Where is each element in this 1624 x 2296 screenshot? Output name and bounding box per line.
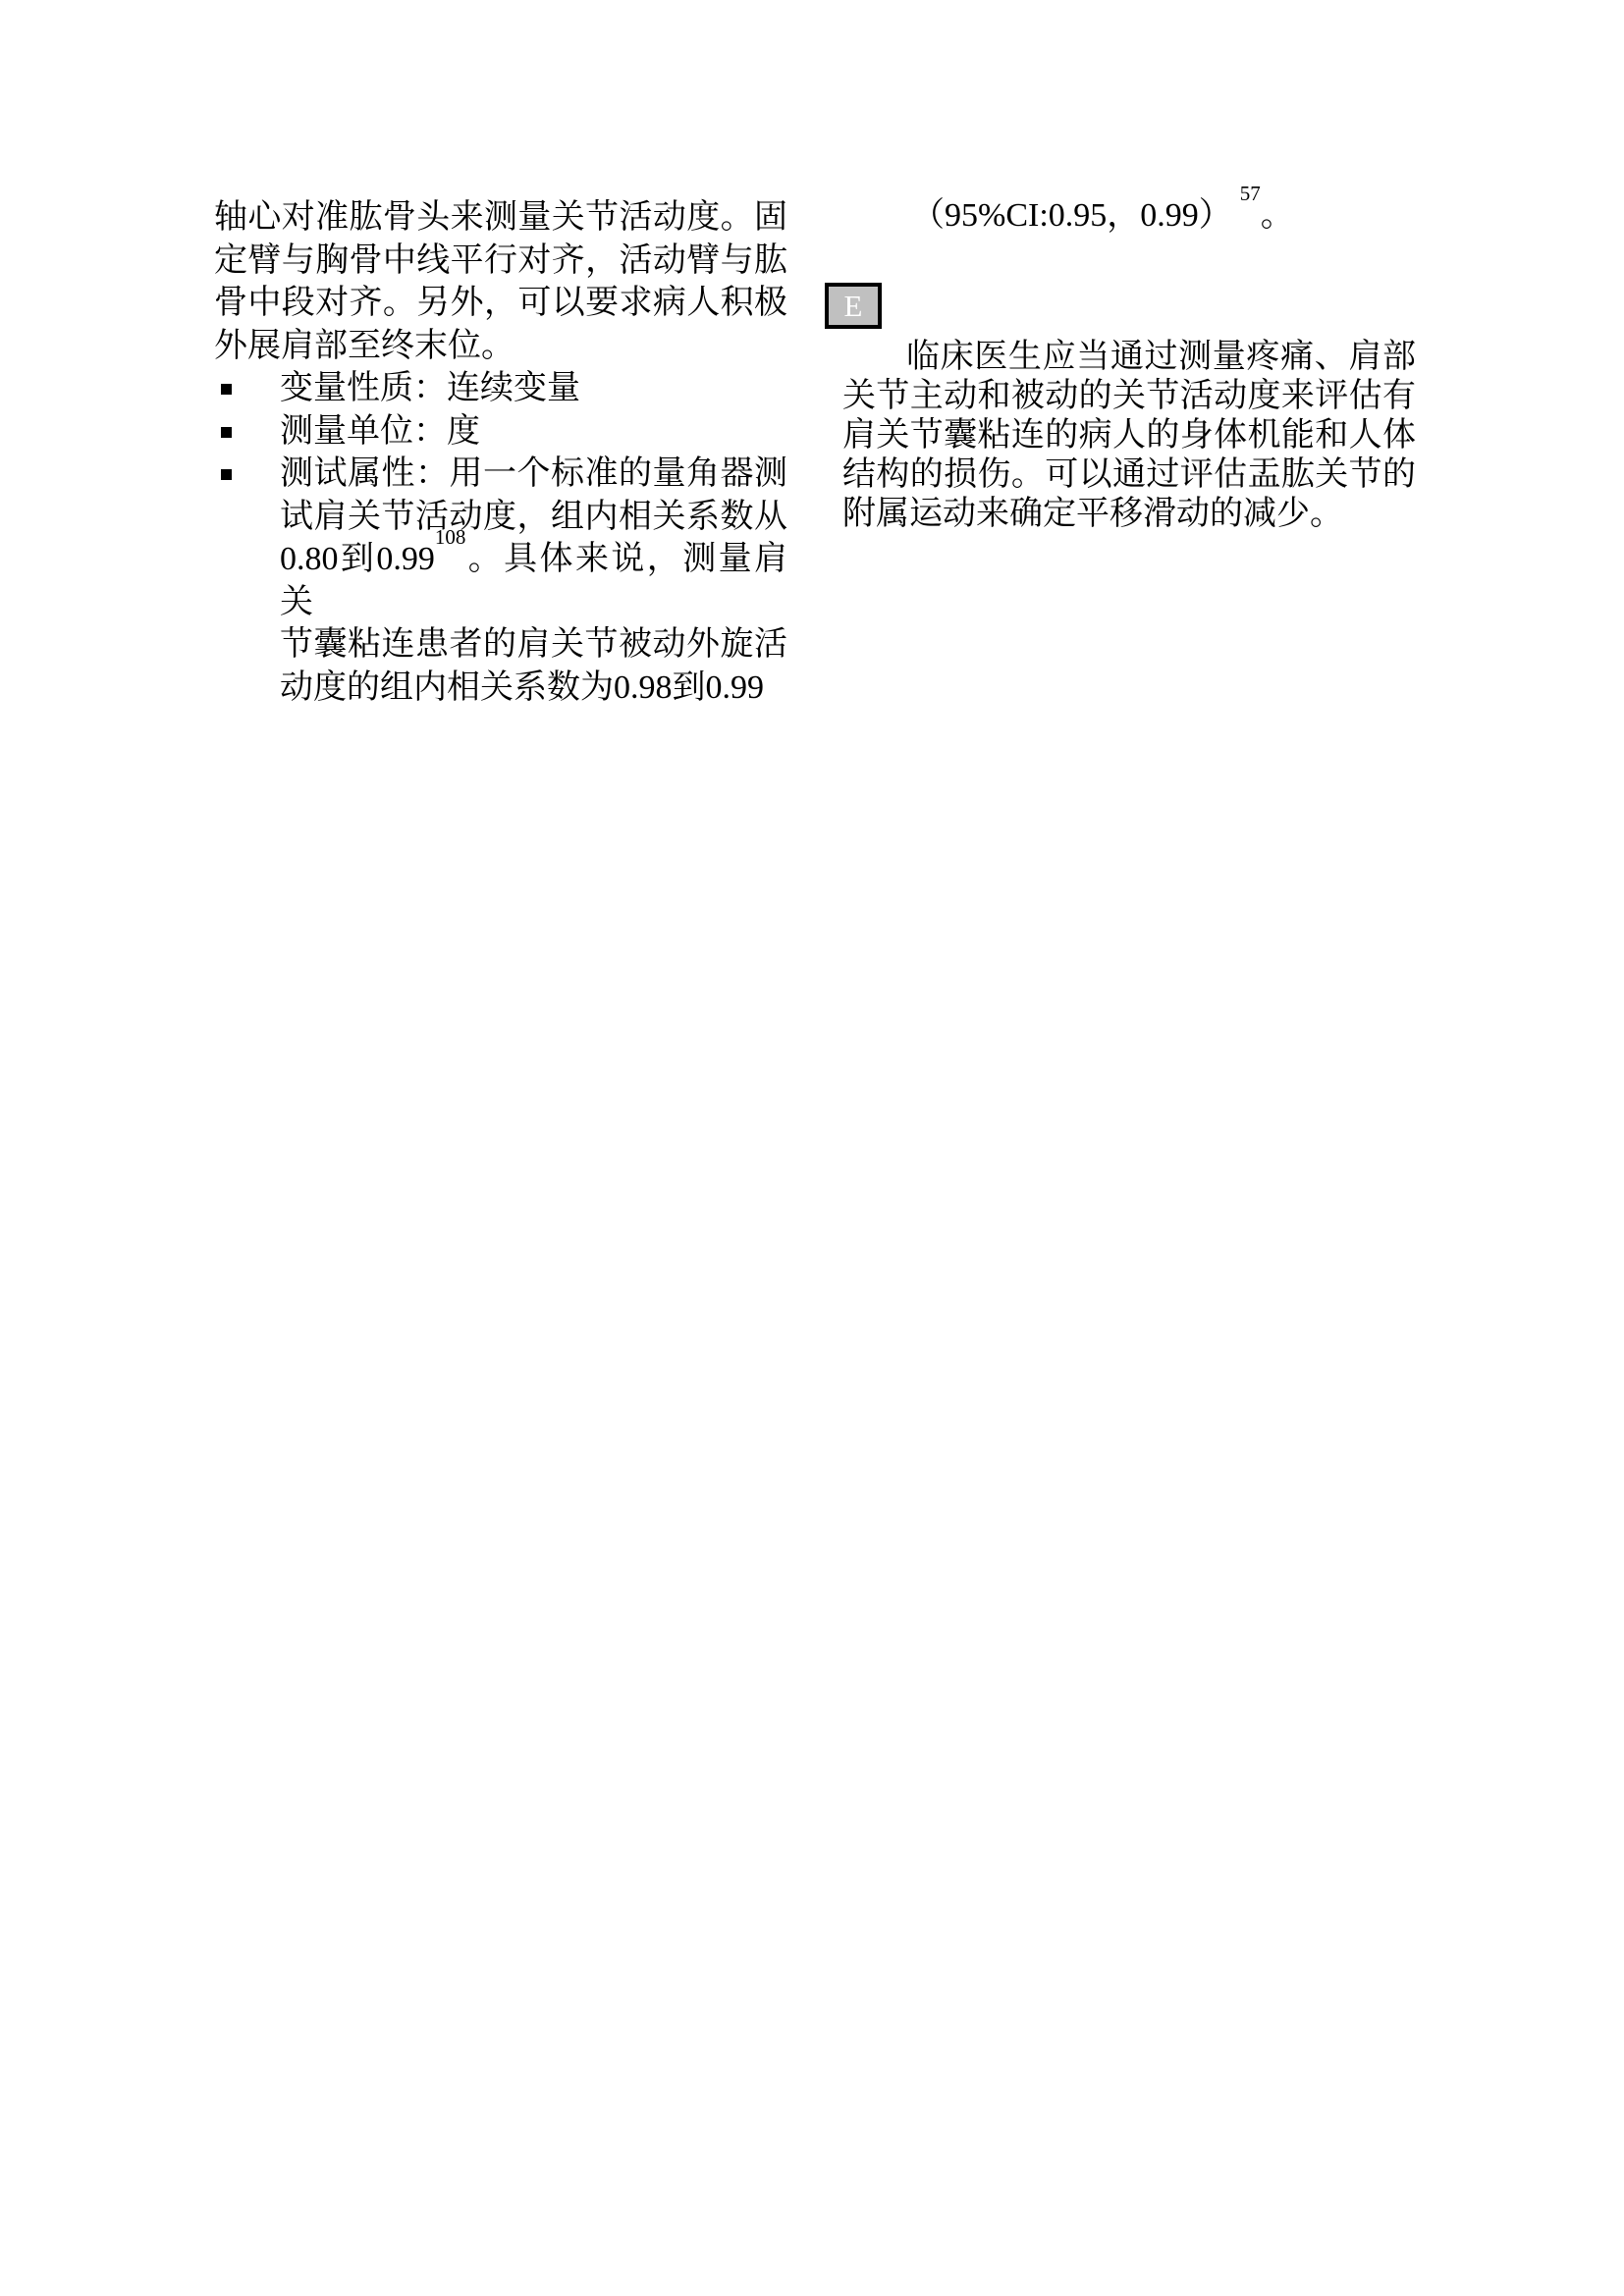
- bullet-square-icon: [221, 384, 232, 395]
- reference-superscript: 57: [1240, 182, 1261, 205]
- text-line: 定臂与胸骨中线平行对齐，活动臂与肱: [214, 240, 787, 283]
- document-page: 轴心对准肱骨头来测量关节活动度。固 定臂与胸骨中线平行对齐，活动臂与肱 骨中段对…: [0, 0, 1624, 2296]
- left-column: 轴心对准肱骨头来测量关节活动度。固 定臂与胸骨中线平行对齐，活动臂与肱 骨中段对…: [214, 196, 787, 709]
- text-line: 临床医生应当通过测量疼痛、肩部: [842, 338, 1416, 377]
- ci-statistic-line: （95%CI:0.95，0.99）57。: [842, 196, 1416, 236]
- bullet-item-label: 变量性质：连续变量: [280, 370, 580, 406]
- text-line: 外展肩部至终末位。: [214, 325, 787, 368]
- text-line: 动度的组内相关系数为0.98到0.99: [214, 667, 787, 710]
- text-line: 关节主动和被动的关节活动度来评估有: [842, 377, 1416, 416]
- text-line: 节囊粘连患者的肩关节被动外旋活: [214, 623, 787, 667]
- text-line: 试肩关节活动度，组内相关系数从: [214, 496, 787, 539]
- bullet-item-label: 测试属性：用一个标准的量角器测: [280, 455, 787, 492]
- bullet-item: 测试属性：用一个标准的量角器测: [214, 453, 787, 496]
- text-segment: （95%CI:0.95，0.99）: [911, 197, 1232, 234]
- bullet-square-icon: [221, 469, 232, 480]
- text-line: 肩关节囊粘连的病人的身体机能和人体: [842, 416, 1416, 455]
- text-segment: 。: [1261, 197, 1294, 234]
- text-line: 附属运动来确定平移滑动的减少。: [842, 495, 1416, 534]
- bullet-item-label: 测量单位：度: [280, 413, 480, 450]
- reference-superscript: 108: [435, 525, 466, 549]
- bullet-item: 变量性质：连续变量: [214, 367, 787, 410]
- evidence-grade-letter: E: [844, 289, 863, 324]
- text-line: 0.80到0.99108。具体来说，测量肩关: [214, 538, 787, 623]
- text-line: 结构的损伤。可以通过评估盂肱关节的: [842, 455, 1416, 495]
- bullet-item: 测量单位：度: [214, 410, 787, 454]
- text-line: 轴心对准肱骨头来测量关节活动度。固: [214, 196, 787, 240]
- evidence-grade-marker-box: E: [825, 283, 882, 329]
- right-column-paragraph: 临床医生应当通过测量疼痛、肩部 关节主动和被动的关节活动度来评估有 肩关节囊粘连…: [842, 338, 1416, 534]
- text-segment: 0.80到0.99: [280, 541, 435, 577]
- text-line: 骨中段对齐。另外，可以要求病人积极: [214, 282, 787, 325]
- bullet-square-icon: [221, 427, 232, 438]
